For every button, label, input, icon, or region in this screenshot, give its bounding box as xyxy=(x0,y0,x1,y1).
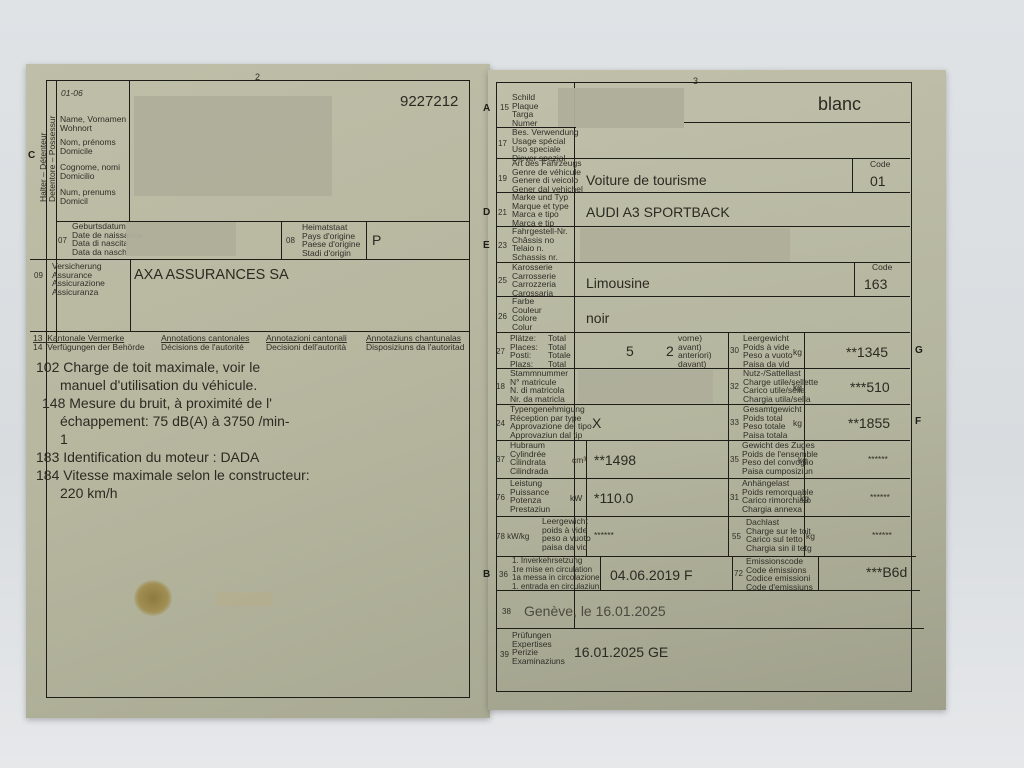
remark-line: 183 Identification du moteur : DADA xyxy=(36,448,310,466)
power-ratio-value: ****** xyxy=(594,531,614,540)
remark-line: 184 Vitesse maximale selon le constructe… xyxy=(36,466,310,484)
type-approval-label: Typengenehmigung Réception par type Appr… xyxy=(510,405,592,439)
places-front-label: vorne) avant) anteriori) davant) xyxy=(678,334,712,368)
body-value: Limousine xyxy=(586,275,650,291)
body-code: 163 xyxy=(864,276,887,292)
plate-label: Schild Plaque Targa Numer xyxy=(512,93,538,127)
plate-color: blanc xyxy=(818,94,861,115)
empty-weight-value: **1345 xyxy=(846,344,888,360)
holder-section-range: 01-06 xyxy=(61,89,83,98)
colour-value: noir xyxy=(586,310,609,326)
first-registration-value: 04.06.2019 F xyxy=(610,567,693,583)
power-ratio-label: Leergewicht poids à vide peso a vuoto pa… xyxy=(542,517,591,551)
trailer-load-value: ****** xyxy=(870,493,890,502)
remark-line: 148 Mesure du bruit, à proximité de l' xyxy=(36,394,310,412)
redacted-chassis-number xyxy=(580,228,790,262)
total-weight-value: **1855 xyxy=(848,415,890,431)
remark-line: 102 Charge de toit maximale, voir le xyxy=(36,358,310,376)
right-page: 3 A D E B G F 15 Schild Plaque Targa Num… xyxy=(488,70,946,710)
stain-mark xyxy=(134,580,172,616)
places-total: 5 xyxy=(626,343,634,359)
places-total-label: Total Total Totale Total xyxy=(548,334,571,368)
holder-label-de: Name, VornamenWohnort xyxy=(60,115,126,132)
stain-mark-2 xyxy=(216,592,272,606)
redacted-birthdate xyxy=(126,222,236,256)
places-front: 2 xyxy=(666,343,674,359)
matricule-label: Stammnummer N° matricule N. di matricola… xyxy=(510,369,568,403)
left-page: 2 C Halter – Détenteur Detentore – Posse… xyxy=(26,64,490,718)
emission-code-value: ***B6d xyxy=(866,564,907,580)
document-number: 9227212 xyxy=(400,93,458,110)
make-value: AUDI A3 SPORTBACK xyxy=(586,204,730,220)
holder-vertical-label-2: Detentore – Possessur xyxy=(47,116,57,202)
power-label: Leistung Puissance Potenza Prestaziun xyxy=(510,479,550,513)
remark-line: manuel d'utilisation du véhicule. xyxy=(36,376,310,394)
empty-weight-label: Leergewicht Poids à vide Peso a vuoto Pa… xyxy=(743,334,793,368)
holder-label-fr: Nom, prénomsDomicile xyxy=(60,138,116,155)
places-label: Plätze: Places: Posti: Plazs: xyxy=(510,334,538,368)
payload-label: Nutz-/Sattellast Charge utile/sellette C… xyxy=(743,369,818,403)
type-approval-value: X xyxy=(592,415,601,431)
payload-value: ***510 xyxy=(850,379,890,395)
insurance-label: Versicherung Assurance Assicurazione Ass… xyxy=(52,262,105,296)
power-value: *110.0 xyxy=(594,490,633,506)
remark-line: 1 xyxy=(36,430,310,448)
body-label: Karosserie Carrosserie Carrozzeria Caros… xyxy=(512,263,556,297)
holder-label-it: Cognome, nomiDomicilio xyxy=(60,163,120,180)
origin-label: Heimatstaat Pays d'origine Paese d'origi… xyxy=(302,223,360,257)
inspections-value: 16.01.2025 GE xyxy=(574,644,668,660)
remark-line: échappement: 75 dB(A) à 3750 /min- xyxy=(36,412,310,430)
redacted-plate-number xyxy=(558,88,684,128)
make-label: Marke und Typ Marque et type Marca e tip… xyxy=(512,193,569,227)
inspections-label: Prüfungen Expertises Perizie Examinaziun… xyxy=(512,631,565,665)
vehicle-type-value: Voiture de tourisme xyxy=(586,172,707,188)
redacted-holder-name xyxy=(134,96,332,196)
remarks-block: 102 Charge de toit maximale, voir le man… xyxy=(36,358,310,502)
roof-load-value: ****** xyxy=(872,531,892,540)
issued-place-date: Genève, le 16.01.2025 xyxy=(524,603,666,619)
redacted-matricule xyxy=(578,370,713,403)
side-letter-c: C xyxy=(28,150,35,161)
vehicle-type-label: Art des Fahrzeugs Genre de véhicule Gene… xyxy=(512,159,583,193)
cantonal-row-14: 14 Verfügungen der Behörde xyxy=(33,343,145,352)
holder-label-rm: Num, prenumsDomicil xyxy=(60,188,116,205)
chassis-label: Fahrgestell-Nr. Châssis no Telaio n. Sch… xyxy=(512,227,568,261)
colour-label: Farbe Couleur Colore Colur xyxy=(512,297,542,331)
displacement-label: Hubraum Cylindrée Cilindrata Cilindrada xyxy=(510,441,548,475)
remark-line: 220 km/h xyxy=(36,484,310,502)
displacement-value: **1498 xyxy=(594,452,636,468)
insurance-value: AXA ASSURANCES SA xyxy=(134,267,289,283)
origin-value: P xyxy=(372,232,381,248)
vehicle-type-code: 01 xyxy=(870,173,886,189)
roof-load-label: Dachlast Charge sur le toit Carico sul t… xyxy=(746,518,812,552)
first-registration-label: 1. Inverkehrsetzung 1re mise en circulat… xyxy=(512,557,600,591)
emission-code-label: Emissionscode Code émissions Codice emis… xyxy=(746,557,813,591)
train-weight-value: ****** xyxy=(868,455,888,464)
